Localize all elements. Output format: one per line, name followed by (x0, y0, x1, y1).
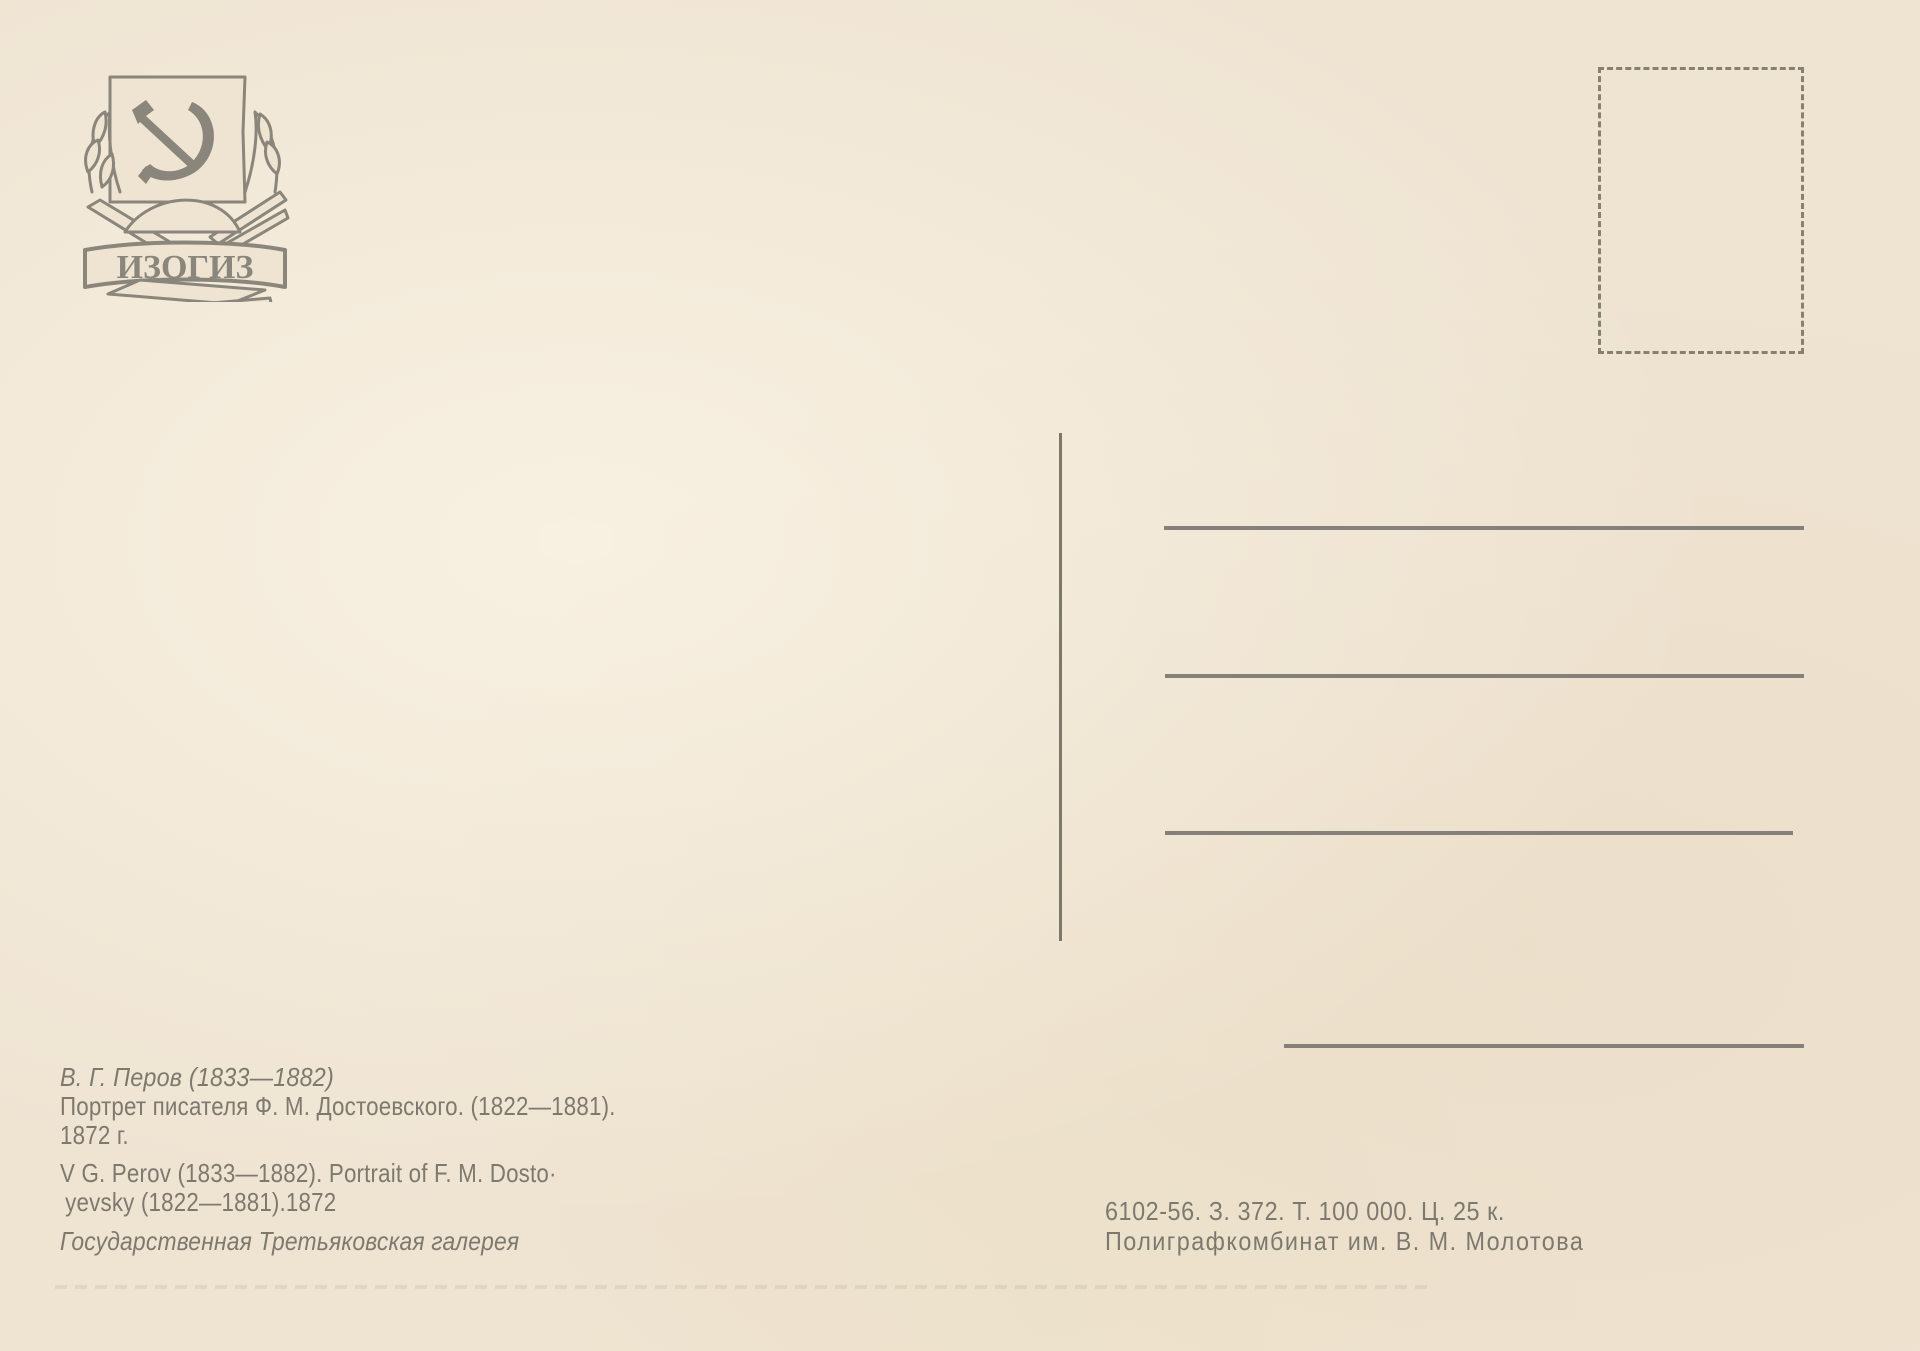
print-info-printer: Полиграфкомбинат им. В. М. Молотова (1105, 1226, 1735, 1256)
caption-en-line-2: yevsky (1822—1881).1872 (60, 1188, 800, 1217)
caption-gallery: Государственная Третьяковская галерея (60, 1227, 817, 1256)
caption-ru-title: Портрет писателя Ф. М. Достоевского. (18… (60, 1092, 800, 1121)
print-info-codes: 6102-56. З. 372. Т. 100 000. Ц. 25 к. (1105, 1196, 1735, 1226)
caption-en-line-1: V G. Perov (1833—1882). Portrait of F. M… (60, 1159, 800, 1188)
caption-ru-year: 1872 г. (60, 1121, 800, 1150)
artwork-caption: В. Г. Перов (1833—1882) Портрет писателя… (60, 1063, 920, 1256)
izogiz-logo: ИЗОГИЗ (80, 72, 290, 302)
logo-text: ИЗОГИЗ (117, 249, 254, 286)
paper-show-through (55, 1285, 1435, 1289)
stamp-placeholder-box (1598, 67, 1804, 354)
address-line-4 (1284, 1044, 1804, 1048)
address-line-2 (1165, 674, 1804, 678)
address-line-1 (1164, 526, 1804, 530)
message-address-divider (1059, 433, 1062, 941)
izogiz-emblem-icon: ИЗОГИЗ (80, 72, 290, 302)
caption-ru-author: В. Г. Перов (1833—1882) (60, 1063, 834, 1092)
postcard-back: ИЗОГИЗ В. Г. Перов (1833—1882) Портрет п… (0, 0, 1920, 1351)
address-line-3 (1165, 831, 1793, 835)
print-info: 6102-56. З. 372. Т. 100 000. Ц. 25 к. По… (1105, 1196, 1805, 1256)
